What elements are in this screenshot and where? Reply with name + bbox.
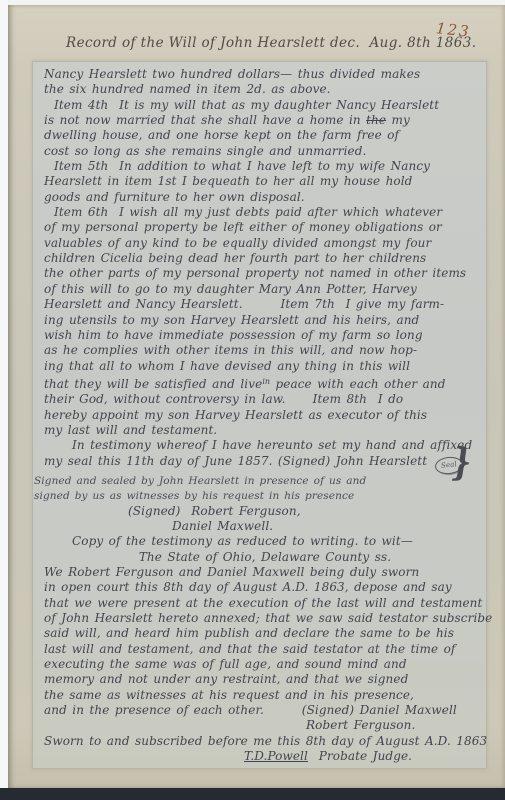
manuscript-text-block: Nancy Hearslett two hundred dollars— thu…: [44, 67, 486, 764]
witness-signature-maxwell: Daniel Maxwell.: [44, 519, 486, 534]
manuscript-line: goods and furniture to her own disposal.: [44, 190, 486, 205]
manuscript-line: hereby appoint my son Harvey Hearslett a…: [44, 408, 486, 423]
struck-word: the: [366, 113, 386, 127]
seal-line-text: my seal this 11th day of June 1857. (Sig…: [44, 454, 427, 468]
photo-backdrop-bottom: [0, 788, 505, 800]
manuscript-line: ing that all to whom I have devised any …: [44, 359, 486, 374]
inserted-word: in: [262, 377, 270, 386]
manuscript-line: the other parts of my personal property …: [44, 266, 486, 281]
manuscript-line: my last will and testament.: [44, 423, 486, 438]
manuscript-line: wish him to have immediate possession of…: [44, 328, 486, 343]
manuscript-line-copy-heading: Copy of the testimony as reduced to writ…: [44, 534, 486, 549]
manuscript-line-signature-testator: my seal this 11th day of June 1857. (Sig…: [44, 454, 486, 474]
photo-backdrop-left: [0, 0, 8, 800]
manuscript-line-jurat: Sworn to and subscribed before me this 8…: [44, 734, 486, 749]
manuscript-line-item6: Item 6th I wish all my just debts paid a…: [44, 205, 486, 220]
manuscript-line: executing the same was of full age, and …: [44, 657, 486, 672]
manuscript-line-item5: Item 5th In addition to what I have left…: [44, 159, 486, 174]
manuscript-line-insertion: that they will be satisfied and livein p…: [44, 374, 486, 392]
insert-line-pre: that they will be satisfied and live: [44, 377, 262, 391]
manuscript-line: said will, and heard him publish and dec…: [44, 626, 486, 641]
manuscript-line: children Cicelia being dead her fourth p…: [44, 251, 486, 266]
record-title: Record of the Will of John Hearslett dec…: [66, 35, 496, 51]
manuscript-line: in open court this 8th day of August A.D…: [44, 580, 486, 595]
manuscript-line: the six hundred named in item 2d. as abo…: [44, 82, 486, 97]
manuscript-line: of my personal property be left either o…: [44, 220, 486, 235]
manuscript-line: the same as witnesses at his request and…: [44, 688, 486, 703]
manuscript-line-venue: The State of Ohio, Delaware County ss.: [44, 550, 486, 565]
manuscript-line-signature-maxwell2: and in the presence of each other. (Sign…: [44, 703, 486, 718]
manuscript-line: as he complies with other items in this …: [44, 343, 486, 358]
attestation-line: Signed and sealed by John Hearslett in p…: [34, 474, 486, 489]
manuscript-line: that we were present at the execution of…: [44, 596, 486, 611]
manuscript-line-item8: their God, without controversy in law. I…: [44, 392, 486, 407]
manuscript-line: We Robert Ferguson and Daniel Maxwell be…: [44, 565, 486, 580]
manuscript-line: memory and not under any restraint, and …: [44, 672, 486, 687]
manuscript-line: dwelling house, and one horse kept on th…: [44, 128, 486, 143]
manuscript-line-testimonium: In testimony whereof I have hereunto set…: [44, 438, 486, 453]
witness-signature-ferguson: (Signed) Robert Ferguson,: [44, 504, 486, 519]
manuscript-line: last will and testament, and that the sa…: [44, 642, 486, 657]
struck-line-pre: is not now married that she shall have a…: [44, 113, 366, 127]
struck-line-post: my: [386, 113, 410, 127]
judge-name: T.D.Powell: [244, 749, 308, 763]
manuscript-line-strikethrough: is not now married that she shall have a…: [44, 113, 486, 128]
judge-title: Probate Judge.: [308, 749, 412, 763]
manuscript-line-item7: Hearslett and Nancy Hearslett. Item 7th …: [44, 297, 486, 312]
manuscript-line-item4: Item 4th It is my will that as my daught…: [44, 98, 486, 113]
manuscript-line: ing utensils to my son Harvey Hearslett …: [44, 313, 486, 328]
manuscript-line: Hearslett in item 1st I bequeath to her …: [44, 174, 486, 189]
manuscript-line: Nancy Hearslett two hundred dollars— thu…: [44, 67, 486, 82]
witness-brace: }: [452, 453, 471, 472]
ledger-page: 123 Record of the Will of John Hearslett…: [8, 5, 505, 788]
attestation-line: signed by us as witnesses by his request…: [34, 489, 486, 504]
manuscript-line: cost so long as she remains single and u…: [44, 144, 486, 159]
manuscript-line: valuables of any kind to be equally divi…: [44, 236, 486, 251]
manuscript-line-signature-ferguson2: Robert Ferguson.: [44, 718, 486, 733]
judge-signature: T.D.Powell Probate Judge.: [44, 749, 486, 764]
insert-line-post: peace with each other and: [270, 377, 445, 391]
manuscript-line: of this will to go to my daughter Mary A…: [44, 282, 486, 297]
manuscript-line: of John Hearslett hereto annexed; that w…: [44, 611, 486, 626]
